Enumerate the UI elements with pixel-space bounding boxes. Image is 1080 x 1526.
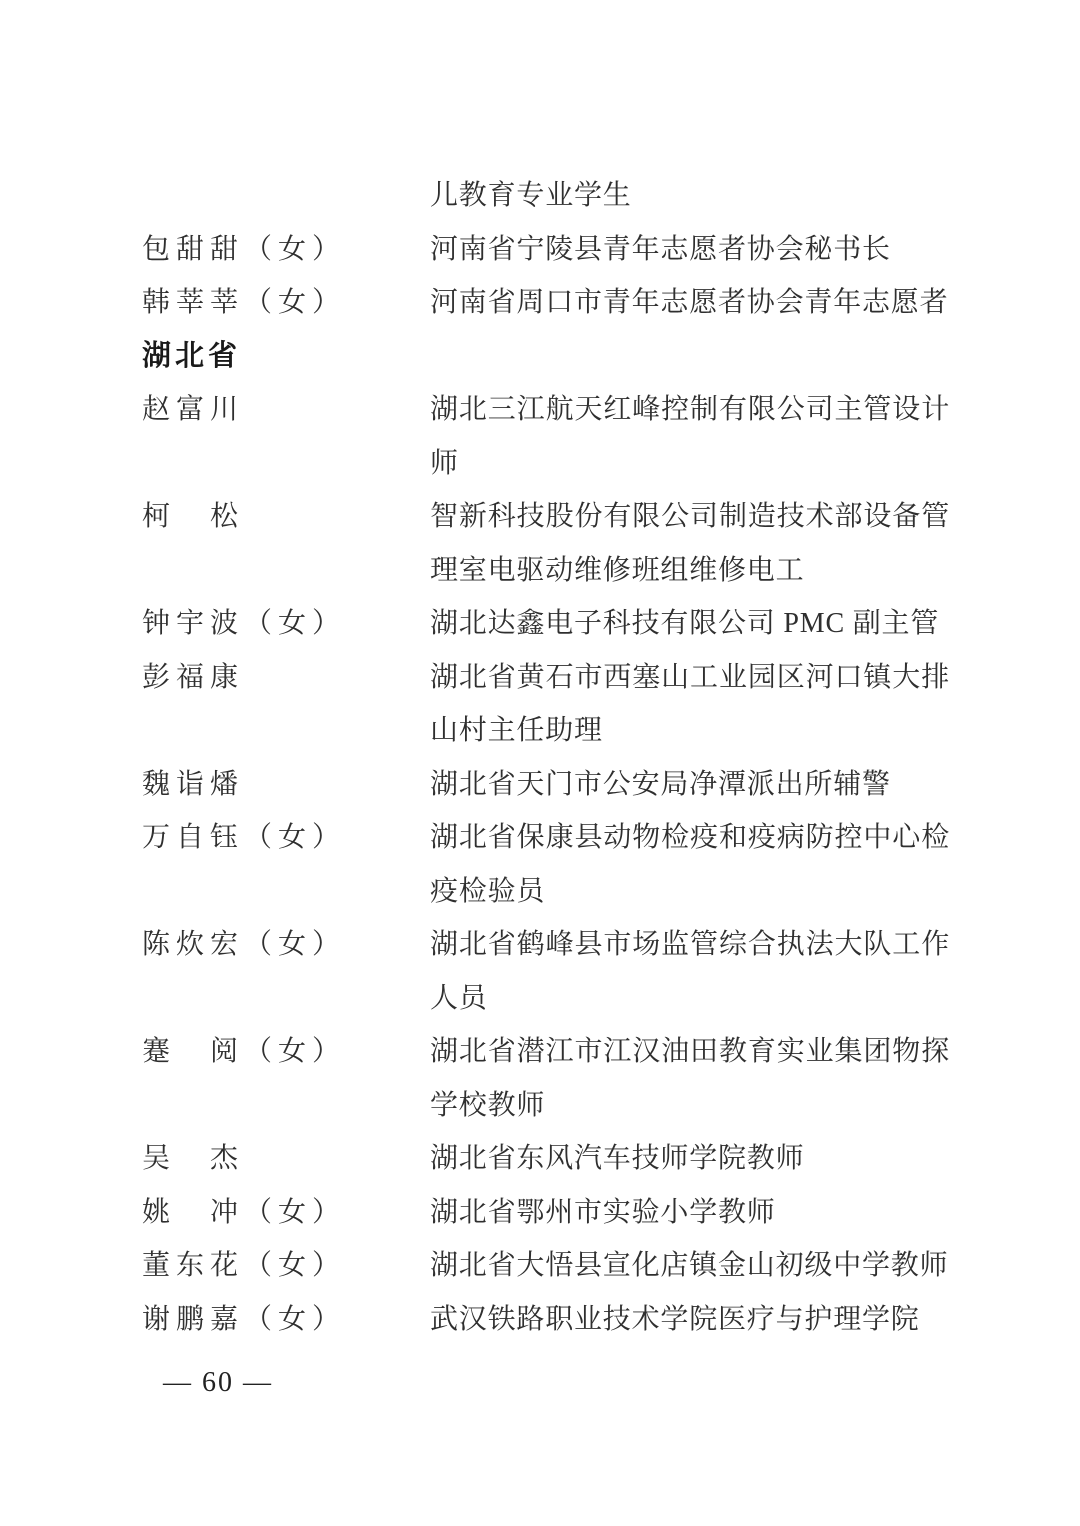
entry-row: 魏诣燔 湖北省天门市公安局净潭派出所辅警 xyxy=(142,758,952,812)
entry-name: 包甜甜（女） xyxy=(142,223,430,277)
entry-name: 吴 杰 xyxy=(142,1132,430,1186)
entry-name: 韩莘莘（女） xyxy=(142,276,430,330)
entry-row: 彭福康 湖北省黄石市西塞山工业园区河口镇大排山村主任助理 xyxy=(142,651,952,758)
entry-name: 董东花（女） xyxy=(142,1239,430,1293)
entry-row: 谢鹏嘉（女） 武汉铁路职业技术学院医疗与护理学院 xyxy=(142,1293,952,1347)
entry-name: 赵富川 xyxy=(142,383,430,437)
entry-row: 董东花（女） 湖北省大悟县宣化店镇金山初级中学教师 xyxy=(142,1239,952,1293)
entry-name: 姚 冲（女） xyxy=(142,1186,430,1240)
section-header-label: 湖北省 xyxy=(142,330,241,384)
entry-description: 湖北三江航天红峰控制有限公司主管设计师 xyxy=(430,383,950,490)
entry-description: 河南省宁陵县青年志愿者协会秘书长 xyxy=(430,223,950,277)
entry-row: 赵富川 湖北三江航天红峰控制有限公司主管设计师 xyxy=(142,383,952,490)
entry-row: 陈炊宏（女） 湖北省鹤峰县市场监管综合执法大队工作人员 xyxy=(142,918,952,1025)
entry-name: 蹇 阅（女） xyxy=(142,1025,430,1079)
document-page: 儿教育专业学生 包甜甜（女） 河南省宁陵县青年志愿者协会秘书长 韩莘莘（女） 河… xyxy=(0,0,1080,1526)
entry-row: 姚 冲（女） 湖北省鄂州市实验小学教师 xyxy=(142,1186,952,1240)
entry-description: 湖北省鄂州市实验小学教师 xyxy=(430,1186,950,1240)
entry-name: 陈炊宏（女） xyxy=(142,918,430,972)
entry-description: 湖北省保康县动物检疫和疫病防控中心检疫检验员 xyxy=(430,811,950,918)
entry-name: 柯 松 xyxy=(142,490,430,544)
entry-description: 湖北省鹤峰县市场监管综合执法大队工作人员 xyxy=(430,918,950,1025)
entry-row: 钟宇波（女） 湖北达鑫电子科技有限公司 PMC 副主管 xyxy=(142,597,952,651)
entry-description: 河南省周口市青年志愿者协会青年志愿者 xyxy=(430,276,950,330)
page-number: — 60 — xyxy=(163,1356,273,1410)
entry-description: 湖北达鑫电子科技有限公司 PMC 副主管 xyxy=(430,597,950,651)
entry-description-continuation: 儿教育专业学生 xyxy=(430,169,950,223)
entry-row: 柯 松 智新科技股份有限公司制造技术部设备管理室电驱动维修班组维修电工 xyxy=(142,490,952,597)
entry-description: 湖北省潜江市江汉油田教育实业集团物探学校教师 xyxy=(430,1025,950,1132)
entry-name: 魏诣燔 xyxy=(142,758,430,812)
entry-row: 蹇 阅（女） 湖北省潜江市江汉油田教育实业集团物探学校教师 xyxy=(142,1025,952,1132)
section-header-row: 湖北省 xyxy=(142,330,952,384)
entry-name: 彭福康 xyxy=(142,651,430,705)
entry-name: 万自钰（女） xyxy=(142,811,430,865)
entry-description: 湖北省黄石市西塞山工业园区河口镇大排山村主任助理 xyxy=(430,651,950,758)
entry-description: 湖北省东风汽车技师学院教师 xyxy=(430,1132,950,1186)
entry-description: 湖北省天门市公安局净潭派出所辅警 xyxy=(430,758,950,812)
entry-row: 包甜甜（女） 河南省宁陵县青年志愿者协会秘书长 xyxy=(142,223,952,277)
entry-row: 儿教育专业学生 xyxy=(142,169,952,223)
entry-name: 钟宇波（女） xyxy=(142,597,430,651)
honor-roll-list: 儿教育专业学生 包甜甜（女） 河南省宁陵县青年志愿者协会秘书长 韩莘莘（女） 河… xyxy=(142,169,952,1346)
entry-row: 吴 杰 湖北省东风汽车技师学院教师 xyxy=(142,1132,952,1186)
entry-name: 谢鹏嘉（女） xyxy=(142,1293,430,1347)
entry-row: 万自钰（女） 湖北省保康县动物检疫和疫病防控中心检疫检验员 xyxy=(142,811,952,918)
entry-description: 武汉铁路职业技术学院医疗与护理学院 xyxy=(430,1293,950,1347)
entry-row: 韩莘莘（女） 河南省周口市青年志愿者协会青年志愿者 xyxy=(142,276,952,330)
entry-description: 湖北省大悟县宣化店镇金山初级中学教师 xyxy=(430,1239,950,1293)
entry-description: 智新科技股份有限公司制造技术部设备管理室电驱动维修班组维修电工 xyxy=(430,490,950,597)
